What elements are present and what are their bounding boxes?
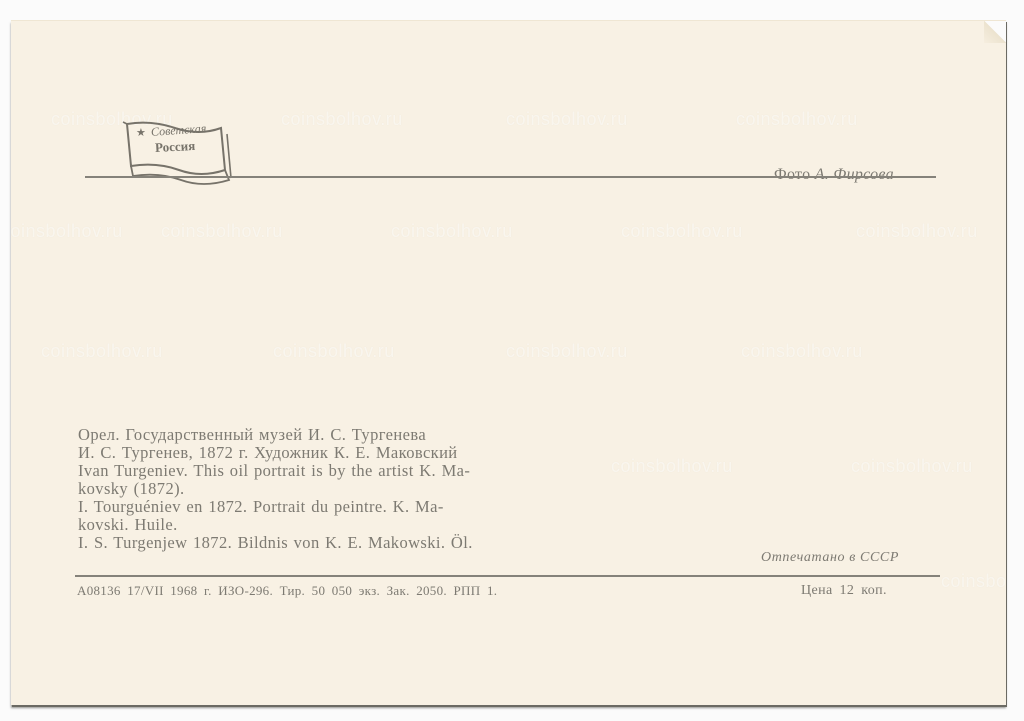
- divider-bottom: [75, 575, 940, 577]
- caption-line: I. S. Turgenjew 1872. Bildnis von K. E. …: [78, 534, 473, 552]
- divider-top: [85, 176, 936, 178]
- caption-line: Ivan Turgeniev. This oil portrait is by …: [78, 462, 473, 480]
- watermark: coinsbolhov.ru: [611, 456, 733, 477]
- watermark: coinsbolhov.ru: [506, 341, 628, 362]
- watermark: coinsbolhov.ru: [11, 221, 123, 242]
- watermark: coinsbolhov.ru: [851, 456, 973, 477]
- watermark: coinsbolhov.ru: [736, 109, 858, 130]
- caption-line: kovski. Huile.: [78, 516, 473, 534]
- caption-line: I. Tourguéniev en 1872. Portrait du pein…: [78, 498, 473, 516]
- postcard-back: coinsbolhov.ru coinsbolhov.ru coinsbolho…: [11, 20, 1006, 705]
- photo-credit: Фото А. Фирсова: [774, 166, 894, 184]
- photographer-name: А. Фирсова: [815, 166, 894, 183]
- printed-in-ussr: Отпечатано в СССР: [761, 550, 899, 566]
- scan-background: coinsbolhov.ru coinsbolhov.ru coinsbolho…: [0, 0, 1024, 721]
- caption-line: Орел. Государственный музей И. С. Турген…: [78, 426, 473, 444]
- watermark: coinsbolhov.ru: [856, 221, 978, 242]
- watermark: coinsbolhov.ru: [161, 221, 283, 242]
- watermark: coinsbolhov.ru: [741, 341, 863, 362]
- star-icon: ★: [136, 126, 146, 139]
- logo-text-line2: Россия: [155, 138, 196, 156]
- watermark: coinsbolhov.ru: [41, 341, 163, 362]
- watermark: coinsbolhov.ru: [941, 571, 1006, 592]
- photo-credit-prefix: Фото: [774, 166, 810, 183]
- imprint-line: А08136 17/VII 1968 г. ИЗО-296. Тир. 50 0…: [77, 583, 497, 599]
- caption-block: Орел. Государственный музей И. С. Турген…: [78, 426, 473, 552]
- watermark: coinsbolhov.ru: [621, 221, 743, 242]
- watermark: coinsbolhov.ru: [273, 341, 395, 362]
- watermark: coinsbolhov.ru: [506, 109, 628, 130]
- caption-line: И. С. Тургенев, 1872 г. Художник К. Е. М…: [78, 444, 473, 462]
- watermark: coinsbolhov.ru: [391, 221, 513, 242]
- caption-line: kovsky (1872).: [78, 480, 473, 498]
- watermark: coinsbolhov.ru: [281, 109, 403, 130]
- price: Цена 12 коп.: [801, 583, 887, 599]
